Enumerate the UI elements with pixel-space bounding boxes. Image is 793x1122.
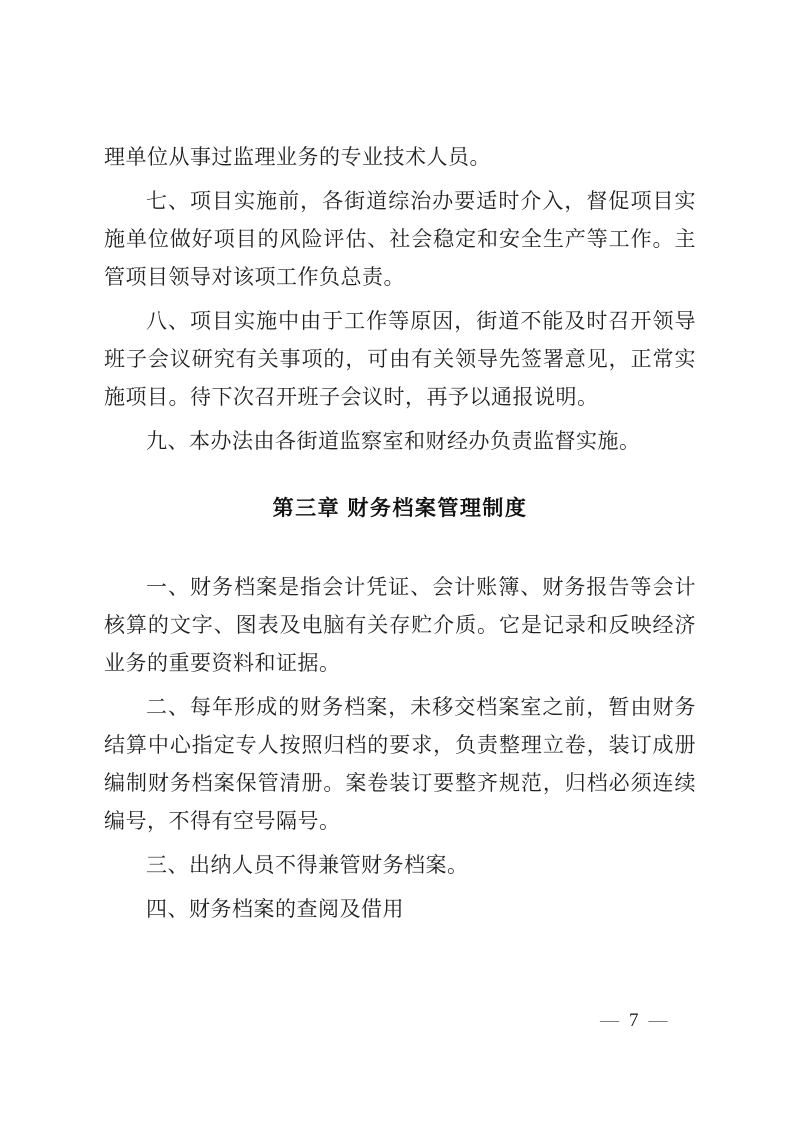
chapter-heading: 第三章 财务档案管理制度 — [104, 490, 696, 528]
paragraph-item-7: 七、项目实施前，各街道综治办要适时介入，督促项目实施单位做好项目的风险评估、社会… — [104, 182, 696, 296]
page-number: 7 — [629, 1010, 639, 1031]
paragraph-continuation: 理单位从事过监理业务的专业技术人员。 — [104, 138, 696, 176]
page-footer: —7— — [600, 1008, 700, 1034]
footer-dash-right: — — [649, 1010, 668, 1031]
document-body: 理单位从事过监理业务的专业技术人员。 七、项目实施前，各街道综治办要适时介入，督… — [104, 138, 696, 934]
paragraph-item-4: 四、财务档案的查阅及借用 — [104, 890, 696, 928]
footer-dash-left: — — [600, 1010, 619, 1031]
paragraph-item-9: 九、本办法由各街道监察室和财经办负责监督实施。 — [104, 422, 696, 460]
paragraph-item-8: 八、项目实施中由于工作等原因，街道不能及时召开领导班子会议研究有关事项的，可由有… — [104, 302, 696, 416]
document-page: 理单位从事过监理业务的专业技术人员。 七、项目实施前，各街道综治办要适时介入，督… — [0, 0, 793, 1122]
paragraph-item-3: 三、出纳人员不得兼管财务档案。 — [104, 846, 696, 884]
paragraph-item-2: 二、每年形成的财务档案，未移交档案室之前，暂由财务结算中心指定专人按照归档的要求… — [104, 688, 696, 840]
paragraph-item-1: 一、财务档案是指会计凭证、会计账簿、财务报告等会计核算的文字、图表及电脑有关存贮… — [104, 568, 696, 682]
